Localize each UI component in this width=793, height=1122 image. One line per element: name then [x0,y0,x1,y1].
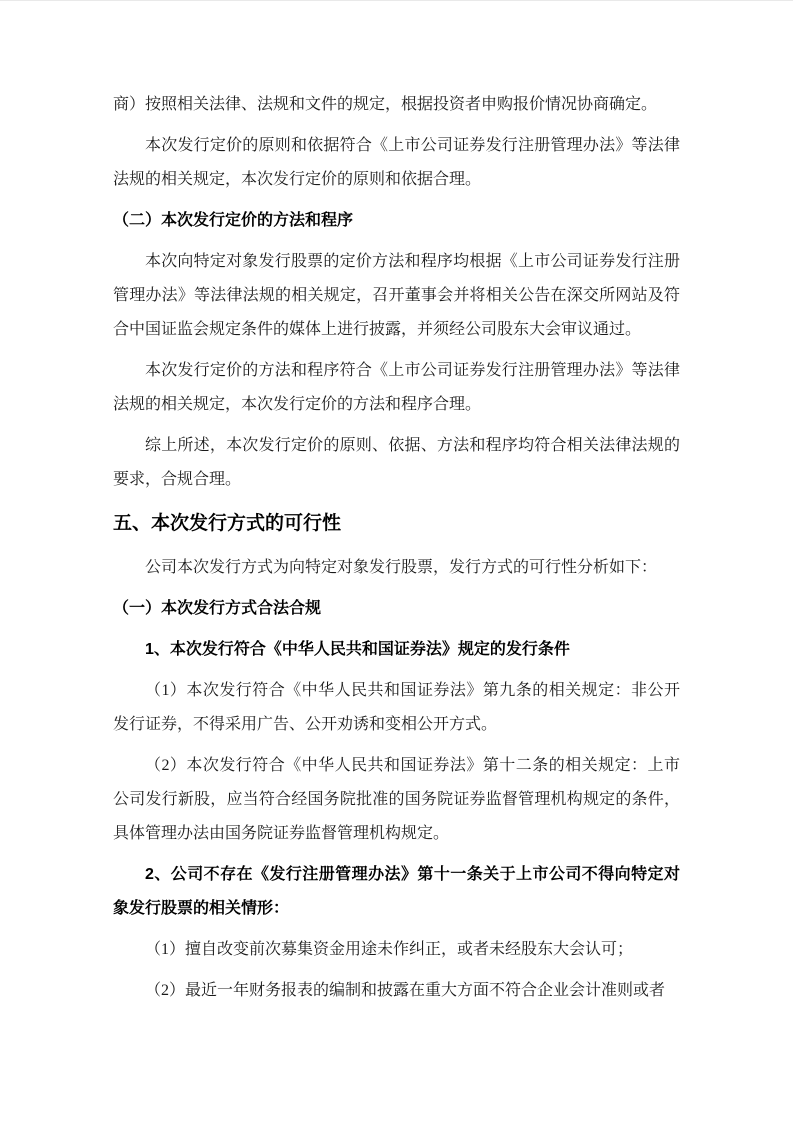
paragraph: （2）最近一年财务报表的编制和披露在重大方面不符合企业会计准则或者 [113,974,680,1008]
paragraph: 公司本次发行方式为向特定对象发行股票，发行方式的可行性分析如下： [113,551,680,585]
paragraph: 综上所述，本次发行定价的原则、依据、方法和程序均符合相关法律法规的要求，合规合理… [113,429,680,497]
sub-subsection-heading: 1、本次发行符合《中华人民共和国证券法》规定的发行条件 [113,633,680,667]
paragraph: （1）本次发行符合《中华人民共和国证券法》第九条的相关规定：非公开发行证券，不得… [113,674,680,742]
paragraph: 本次发行定价的方法和程序符合《上市公司证券发行注册管理办法》等法律法规的相关规定… [113,354,680,422]
paragraph-continuation: 商）按照相关法律、法规和文件的规定，根据投资者申购报价情况协商确定。 [113,88,680,122]
paragraph: （1）擅自改变前次募集资金用途未作纠正，或者未经股东大会认可； [113,933,680,967]
subsection-heading: （二）本次发行定价的方法和程序 [113,204,680,238]
section-heading: 五、本次发行方式的可行性 [113,505,680,543]
paragraph: 本次向特定对象发行股票的定价方法和程序均根据《上市公司证券发行注册管理办法》等法… [113,245,680,347]
paragraph: 本次发行定价的原则和依据符合《上市公司证券发行注册管理办法》等法律法规的相关规定… [113,129,680,197]
sub-subsection-heading: 2、公司不存在《发行注册管理办法》第十一条关于上市公司不得向特定对象发行股票的相… [113,858,680,926]
paragraph: （2）本次发行符合《中华人民共和国证券法》第十二条的相关规定：上市公司发行新股，… [113,749,680,851]
document-page: 商）按照相关法律、法规和文件的规定，根据投资者申购报价情况协商确定。 本次发行定… [0,0,793,1122]
subsection-heading: （一）本次发行方式合法合规 [113,592,680,626]
